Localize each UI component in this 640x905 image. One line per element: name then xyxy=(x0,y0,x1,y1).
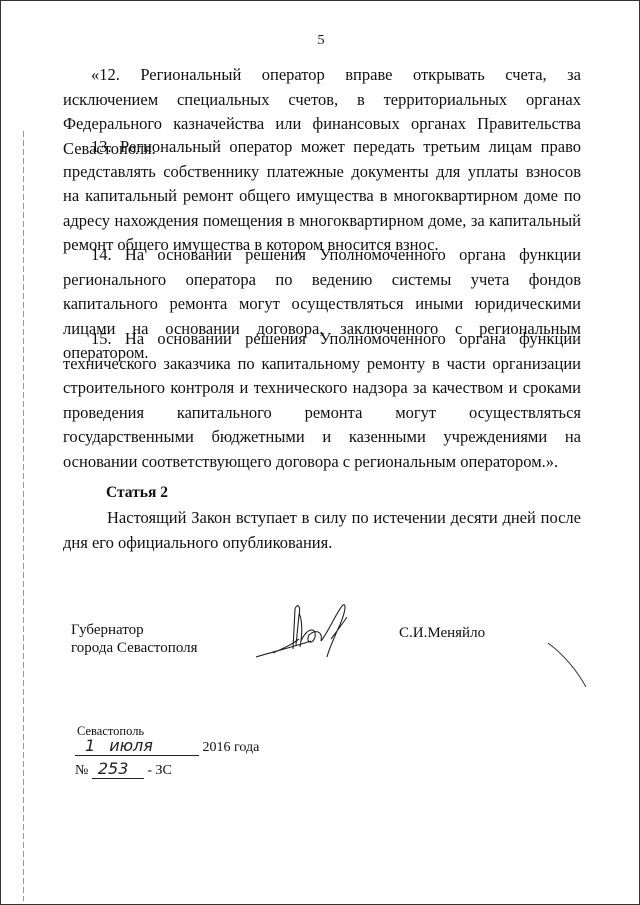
paragraph-15: 15. На основании решения Уполномоченного… xyxy=(63,327,581,474)
paragraph-13-text: 13. Региональный оператор может передать… xyxy=(63,137,581,254)
law-number: № 253 - ЗС xyxy=(75,759,172,779)
governor-title: Губернатор города Севастополя xyxy=(71,621,198,657)
article-2-text: Настоящий Закон вступает в силу по истеч… xyxy=(63,508,581,552)
article-2-paragraph: Настоящий Закон вступает в силу по истеч… xyxy=(63,506,581,555)
paragraph-13: 13. Региональный оператор может передать… xyxy=(63,135,581,258)
article-heading: Статья 2 xyxy=(106,484,168,502)
handwritten-law-number: 253 xyxy=(92,759,144,779)
governor-name: С.И.Меняйло xyxy=(399,625,485,642)
document-page: 5 «12. Региональный оператор вправе откр… xyxy=(0,0,640,905)
number-sign: № xyxy=(75,763,88,778)
handwritten-date: 1июля xyxy=(75,736,199,756)
signing-date: 1июля 2016 года xyxy=(75,736,259,756)
handwritten-signature xyxy=(251,601,361,666)
governor-title-line1: Губернатор xyxy=(71,621,198,639)
governor-title-line2: города Севастополя xyxy=(71,639,198,657)
page-number: 5 xyxy=(1,33,640,49)
handwritten-day: 1 xyxy=(85,736,95,755)
paragraph-15-text: 15. На основании решения Уполномоченного… xyxy=(63,329,581,471)
handwritten-month: июля xyxy=(109,736,153,755)
scan-artifact-line xyxy=(23,131,24,901)
date-year: 2016 года xyxy=(203,740,260,755)
pen-stroke-mark xyxy=(546,641,591,691)
law-number-suffix: - ЗС xyxy=(147,763,172,778)
